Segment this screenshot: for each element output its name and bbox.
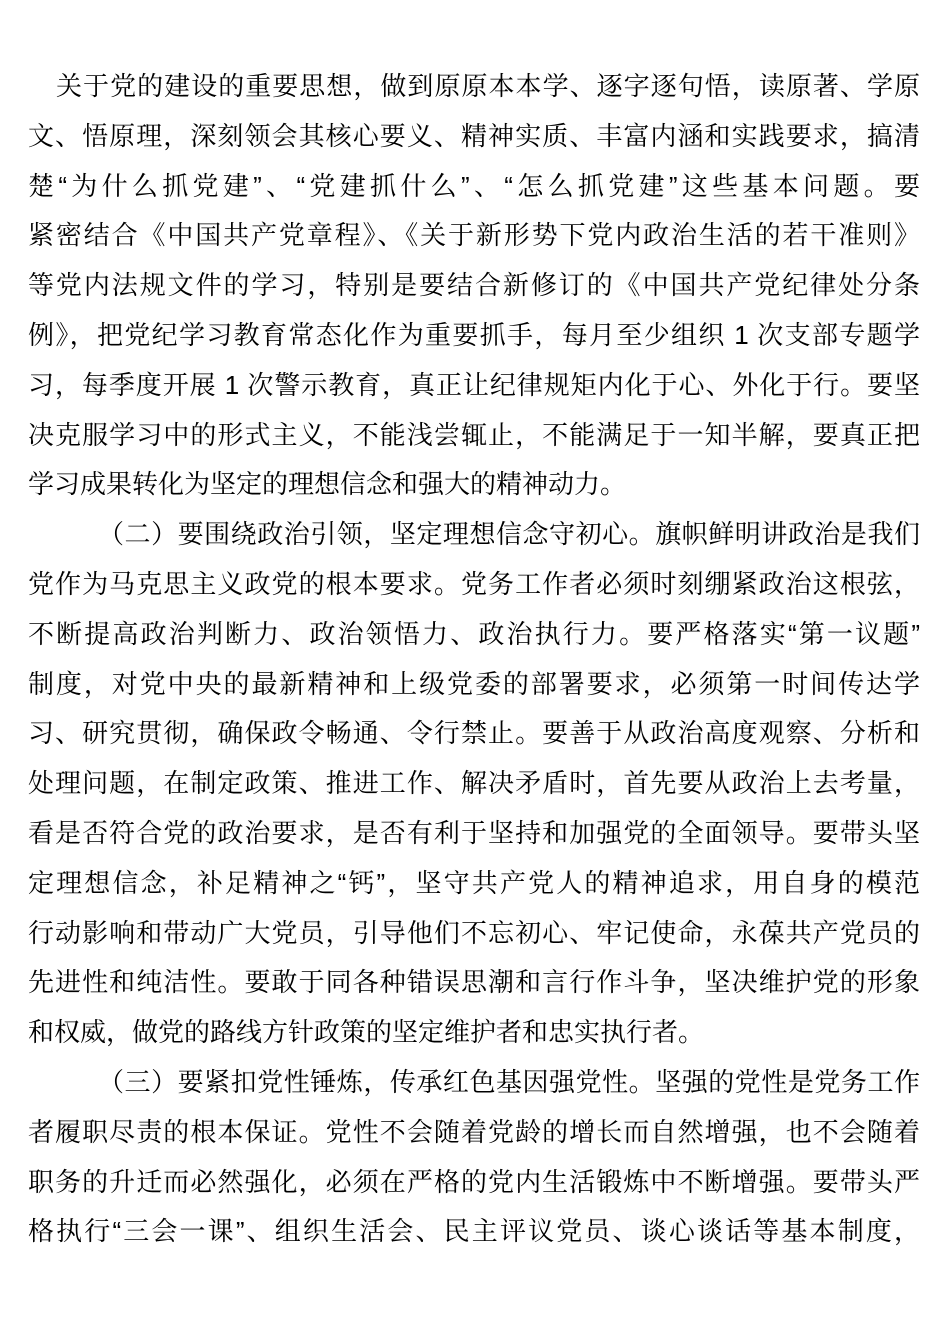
text-line: 文、悟原理，深刻领会其核心要义、精神实质、丰富内涵和实践要求，搞清 [28, 112, 920, 162]
text-line: 习，每季度开展 1 次警示教育，真正让纪律规矩内化于心、外化于行。要坚 [28, 361, 920, 411]
document-body: 关于党的建设的重要思想，做到原原本本学、逐字逐句悟，读原著、学原文、悟原理，深刻… [28, 62, 920, 1257]
paragraph: （三）要紧扣党性锤炼，传承红色基因强党性。坚强的党性是党务工作者履职尽责的根本保… [28, 1058, 920, 1257]
text-line: 习、研究贯彻，确保政令畅通、令行禁止。要善于从政治高度观察、分析和 [28, 709, 920, 759]
text-line: 紧密结合《中国共产党章程》、《关于新形势下党内政治生活的若干准则》 [28, 211, 920, 261]
text-line: 格执行“三会一课”、组织生活会、民主评议党员、谈心谈话等基本制度， [28, 1207, 920, 1257]
text-line: 制度，对党中央的最新精神和上级党委的部署要求，必须第一时间传达学 [28, 660, 920, 710]
text-line: 例》，把党纪学习教育常态化作为重要抓手，每月至少组织 1 次支部专题学 [28, 311, 920, 361]
text-line: 关于党的建设的重要思想，做到原原本本学、逐字逐句悟，读原著、学原 [28, 62, 920, 112]
text-line: （二）要围绕政治引领，坚定理想信念守初心。旗帜鲜明讲政治是我们 [28, 510, 920, 560]
text-line: 行动影响和带动广大党员，引导他们不忘初心、牢记使命，永葆共产党员的 [28, 909, 920, 959]
text-line: 者履职尽责的根本保证。党性不会随着党龄的增长而自然增强，也不会随着 [28, 1108, 920, 1158]
text-line: 先进性和纯洁性。要敢于同各种错误思潮和言行作斗争，坚决维护党的形象 [28, 958, 920, 1008]
paragraph: （二）要围绕政治引领，坚定理想信念守初心。旗帜鲜明讲政治是我们党作为马克思主义政… [28, 510, 920, 1058]
text-line: 楚“为什么抓党建”、“党建抓什么”、“怎么抓党建”这些基本问题。要 [28, 162, 920, 212]
text-line: 和权威，做党的路线方针政策的坚定维护者和忠实执行者。 [28, 1008, 920, 1058]
text-line: 决克服学习中的形式主义，不能浅尝辄止，不能满足于一知半解，要真正把 [28, 411, 920, 461]
text-line: 定理想信念，补足精神之“钙”，坚守共产党人的精神追求，用自身的模范 [28, 859, 920, 909]
text-line: 学习成果转化为坚定的理想信念和强大的精神动力。 [28, 460, 920, 510]
text-line: 职务的升迁而必然强化，必须在严格的党内生活锻炼中不断增强。要带头严 [28, 1158, 920, 1208]
paragraph: 关于党的建设的重要思想，做到原原本本学、逐字逐句悟，读原著、学原文、悟原理，深刻… [28, 62, 920, 510]
text-line: 不断提高政治判断力、政治领悟力、政治执行力。要严格落实“第一议题” [28, 610, 920, 660]
text-line: 等党内法规文件的学习，特别是要结合新修订的《中国共产党纪律处分条 [28, 261, 920, 311]
text-line: 看是否符合党的政治要求，是否有利于坚持和加强党的全面领导。要带头坚 [28, 809, 920, 859]
text-line: （三）要紧扣党性锤炼，传承红色基因强党性。坚强的党性是党务工作 [28, 1058, 920, 1108]
text-line: 处理问题，在制定政策、推进工作、解决矛盾时，首先要从政治上去考量， [28, 759, 920, 809]
document-page: 关于党的建设的重要思想，做到原原本本学、逐字逐句悟，读原著、学原文、悟原理，深刻… [0, 0, 950, 1344]
text-line: 党作为马克思主义政党的根本要求。党务工作者必须时刻绷紧政治这根弦， [28, 560, 920, 610]
